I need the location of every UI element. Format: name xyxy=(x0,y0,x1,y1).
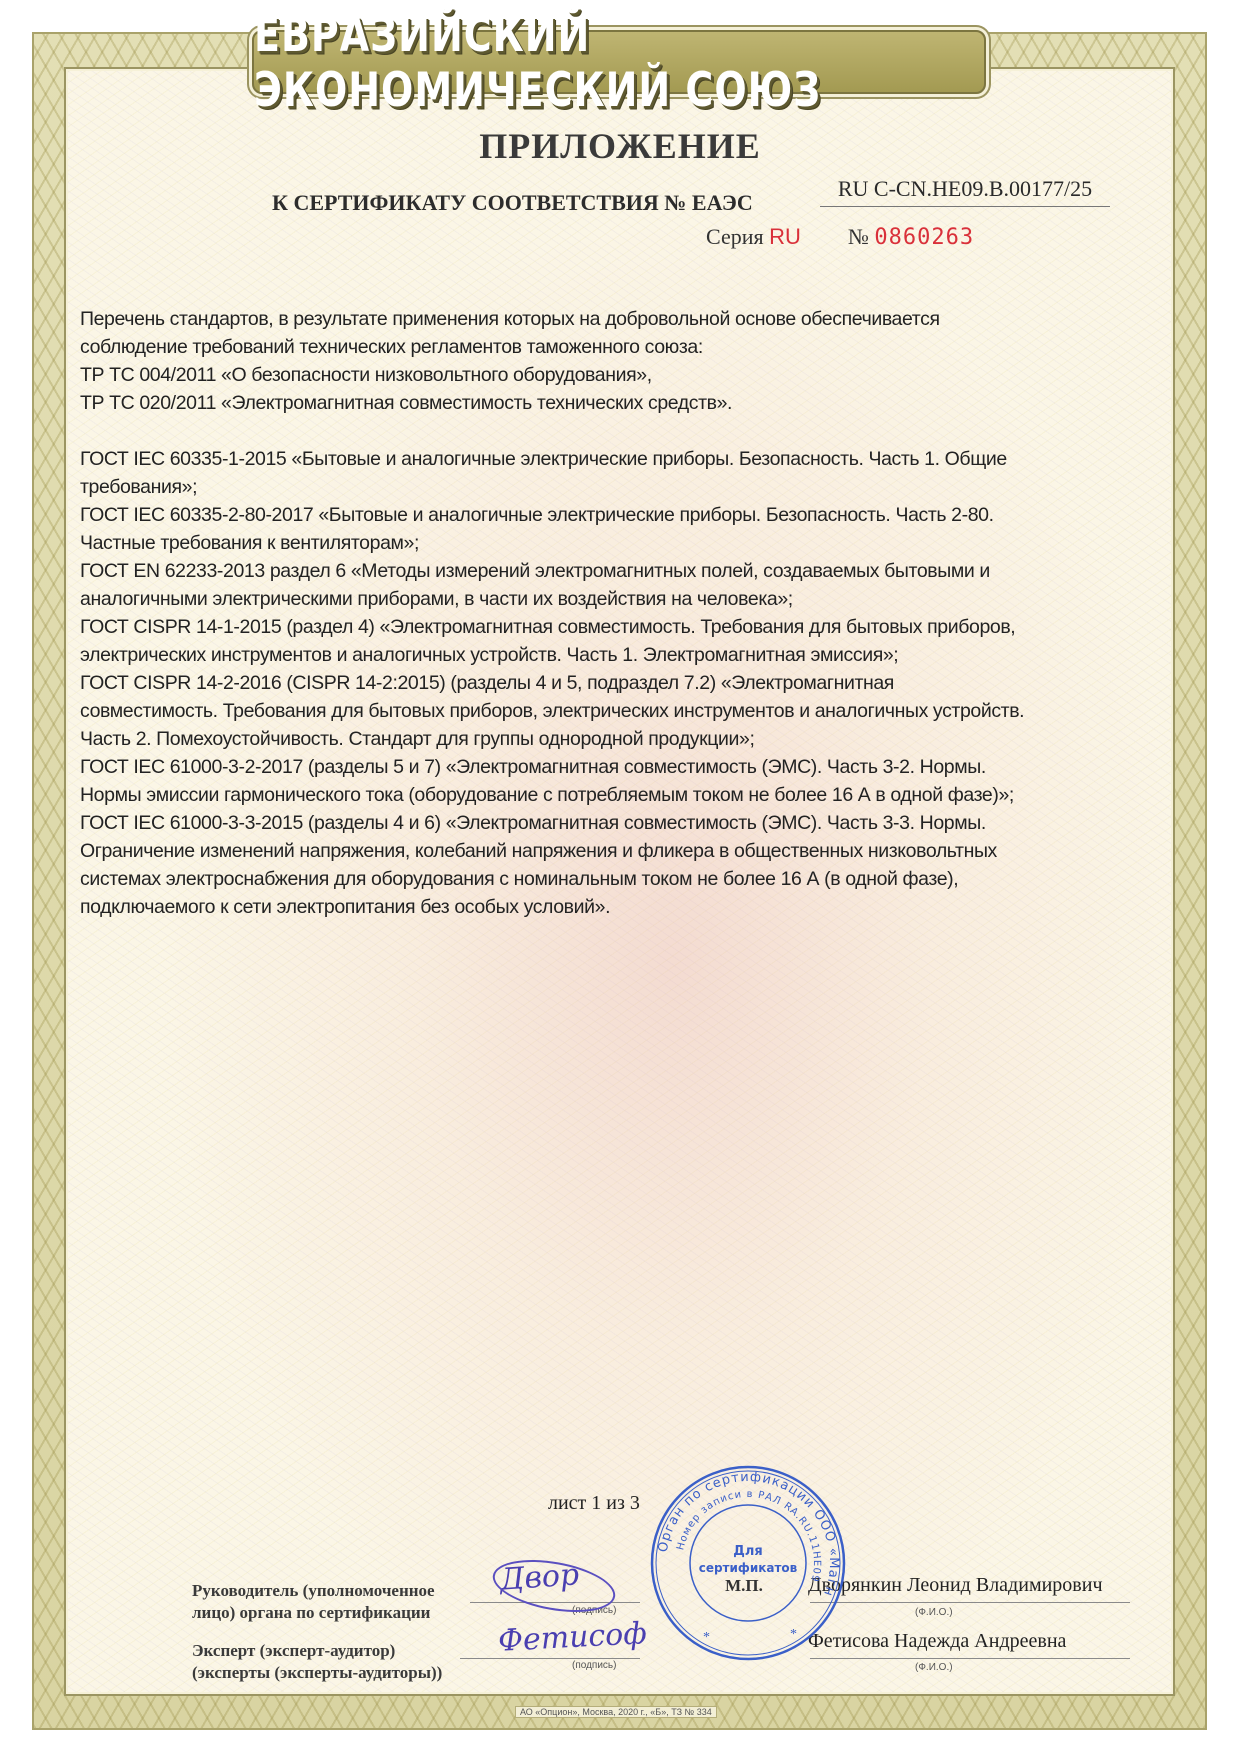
standard-line: электрических инструментов и аналогичных… xyxy=(80,641,1140,669)
series-value: RU xyxy=(769,224,801,249)
printer-imprint: АО «Опцион», Москва, 2020 г., «Б», ТЗ № … xyxy=(515,1706,717,1718)
standard-line: Часть 2. Помехоустойчивость. Стандарт дл… xyxy=(80,725,1140,753)
certificate-number: RU C-CN.HE09.B.00177/25 xyxy=(820,176,1110,207)
head-name-line xyxy=(810,1602,1130,1603)
form-number: 0860263 xyxy=(874,225,974,250)
standard-line: Нормы эмиссии гармонического тока (обору… xyxy=(80,781,1140,809)
seal-center-2: сертификатов xyxy=(699,1561,798,1575)
seal-center-1: Для xyxy=(733,1544,762,1559)
standard-line: ГОСТ IEC 61000-3-3-2015 (разделы 4 и 6) … xyxy=(80,809,1140,837)
intro-line: соблюдение требований технических реглам… xyxy=(80,333,1140,361)
head-name: Дворянкин Леонид Владимирович xyxy=(808,1574,1103,1597)
standard-line: ГОСТ IEC 61000-3-2-2017 (разделы 5 и 7) … xyxy=(80,753,1140,781)
standard-line: требования»; xyxy=(80,473,1140,501)
standard-line: системах электроснабжения для оборудован… xyxy=(80,865,1140,893)
certification-seal-icon: Орган по сертификации ООО «Магн Номер за… xyxy=(648,1463,848,1663)
standards-list: Перечень стандартов, в результате примен… xyxy=(80,305,1140,921)
series-line: Серия RU № 0860263 xyxy=(706,224,974,250)
head-name-caption: (Ф.И.О.) xyxy=(915,1607,953,1618)
standard-line: Ограничение изменений напряжения, колеба… xyxy=(80,837,1140,865)
expert-label-line: Эксперт (эксперт-аудитор) xyxy=(192,1640,442,1662)
standard-line: Частные требования к вентиляторам»; xyxy=(80,529,1140,557)
series-label: Серия xyxy=(706,224,764,249)
head-label-line: лицо) органа по сертификации xyxy=(192,1602,435,1624)
expert-signature-caption: (подпись) xyxy=(572,1660,616,1671)
expert-name-caption: (Ф.И.О.) xyxy=(915,1662,953,1673)
head-label: Руководитель (уполномоченное лицо) орган… xyxy=(192,1580,435,1624)
svg-text:*: * xyxy=(790,1627,797,1642)
head-label-line: Руководитель (уполномоченное xyxy=(192,1580,435,1602)
stamp-mark: М.П. xyxy=(725,1576,763,1595)
standard-line: ГОСТ EN 62233-2013 раздел 6 «Методы изме… xyxy=(80,557,1140,585)
intro-line: ТР ТС 020/2011 «Электромагнитная совмест… xyxy=(80,389,1140,417)
standard-line: аналогичными электрическими приборами, в… xyxy=(80,585,1140,613)
expert-signature-line xyxy=(460,1658,640,1659)
intro-line: Перечень стандартов, в результате примен… xyxy=(80,305,1140,333)
document-title: ПРИЛОЖЕНИЕ xyxy=(0,125,1240,167)
union-banner: ЕВРАЗИЙСКИЙ ЭКОНОМИЧЕСКИЙ СОЮЗ xyxy=(252,30,986,94)
certificate-label: К СЕРТИФИКАТУ СООТВЕТСТВИЯ № ЕАЭС xyxy=(272,190,753,216)
standard-line: подключаемого к сети электропитания без … xyxy=(80,893,1140,921)
intro-line: ТР ТС 004/2011 «О безопасности низковоль… xyxy=(80,361,1140,389)
sheet-counter: лист 1 из 3 xyxy=(548,1492,640,1515)
svg-text:*: * xyxy=(703,1630,710,1645)
standard-line: совместимость. Требования для бытовых пр… xyxy=(80,697,1140,725)
number-label: № xyxy=(848,224,869,249)
standard-line: ГОСТ IEC 60335-2-80-2017 «Бытовые и анал… xyxy=(80,501,1140,529)
standard-line: ГОСТ CISPR 14-2-2016 (CISPR 14-2:2015) (… xyxy=(80,669,1140,697)
union-title: ЕВРАЗИЙСКИЙ ЭКОНОМИЧЕСКИЙ СОЮЗ xyxy=(254,7,984,117)
expert-label: Эксперт (эксперт-аудитор) (эксперты (экс… xyxy=(192,1640,442,1684)
expert-name-line xyxy=(810,1658,1130,1659)
standard-line: ГОСТ CISPR 14-1-2015 (раздел 4) «Электро… xyxy=(80,613,1140,641)
standard-line: ГОСТ IEC 60335-1-2015 «Бытовые и аналоги… xyxy=(80,445,1140,473)
expert-label-line: (эксперты (эксперты-аудиторы)) xyxy=(192,1662,442,1684)
